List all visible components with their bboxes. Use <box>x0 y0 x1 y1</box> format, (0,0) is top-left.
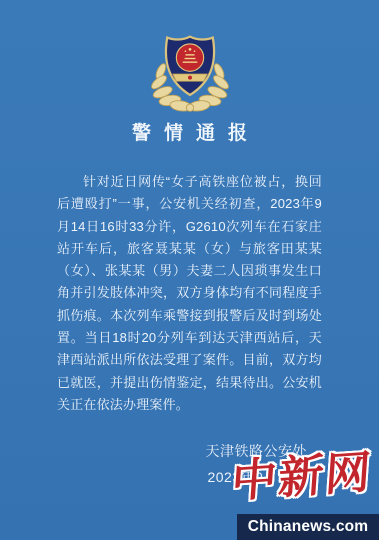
police-notice-poster: 警情通报 针对近日网传“女子高铁座位被占，换回后遭殴打”一事，公安机关经初查，2… <box>0 0 379 540</box>
chinanews-logo-watermark: 中新网 <box>225 447 378 507</box>
chinanews-url-bar: Chinanews.com <box>237 514 379 540</box>
chinanews-url-text: Chinanews.com <box>248 518 369 536</box>
police-badge-icon <box>144 33 236 115</box>
notice-body: 针对近日网传“女子高铁座位被占，换回后遭殴打”一事，公安机关经初查，2023年9… <box>57 171 322 416</box>
notice-title: 警情通报 <box>0 118 379 145</box>
